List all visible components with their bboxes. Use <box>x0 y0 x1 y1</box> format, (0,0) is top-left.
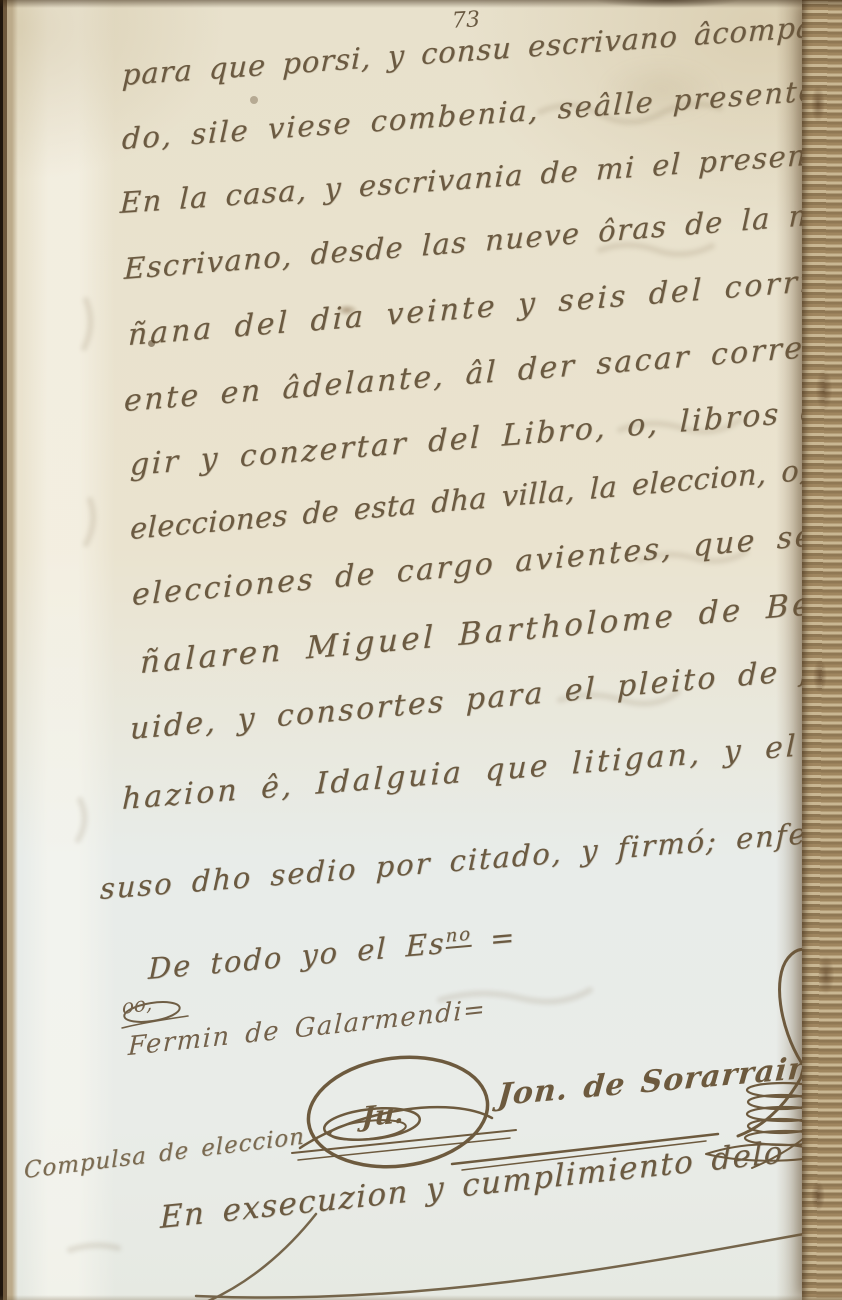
ink-dot <box>250 96 258 104</box>
witness-signature: Fermin de Galarmendi= <box>127 994 486 1062</box>
rubric-mark: oo, <box>122 991 153 1019</box>
notary-signature-prefix: Ju. <box>361 1098 404 1133</box>
notary-signature-name: Jon. de Sorarrain <box>496 1050 811 1113</box>
manuscript-page: 73 para que porsi, y consu escrivano âco… <box>0 0 842 1300</box>
page-bottom-edge <box>0 1295 842 1300</box>
closing-underline-flourish <box>196 1214 826 1300</box>
page-edge-shadow <box>776 0 802 1300</box>
closing-dash: = <box>490 920 517 956</box>
escribano-abbreviation-superscript: no <box>446 924 473 949</box>
page-top-edge-notch <box>592 0 742 10</box>
closing-text: De todo yo el Es <box>148 926 446 986</box>
binding-gutter-edge <box>0 0 18 1300</box>
folio-number: 73 <box>451 7 480 33</box>
page-top-edge <box>0 0 842 8</box>
manuscript-line-closing: De todo yo el Esno = <box>148 920 517 986</box>
manuscript-line: hazion ê, Idalguia que litigan, y el <box>122 729 799 817</box>
margin-note: Compulsa de eleccion <box>24 1123 305 1184</box>
manuscript-line: suso dho sedio por citado, y firmó; enfe… <box>100 815 828 906</box>
